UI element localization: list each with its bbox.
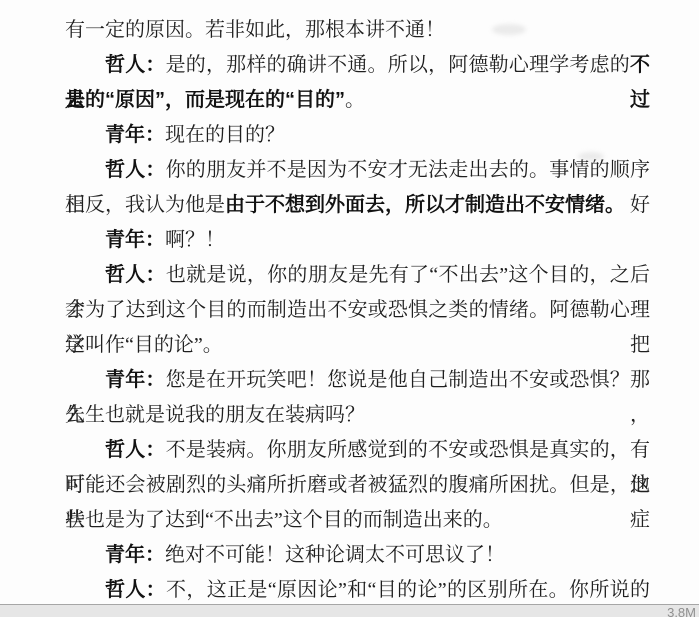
body-text: 。 [345,89,365,111]
emphasis-text: 哲人： [105,264,166,286]
body-text: 绝对不可能！这种论调太不可思议了！ [165,544,505,566]
text-line: 可能还会被剧烈的头痛所折磨或者被猛烈的腹痛所困扰。但是，这些症 [65,468,650,503]
body-text: 相反，我认为他是 [65,194,225,216]
text-line: 哲人：不是装病。你朋友所感觉到的不安或恐惧是真实的，有时他 [65,433,650,468]
body-text: 是的，那样的确讲不通。所以，阿德勒心理学考虑的 [166,54,630,76]
emphasis-text: 哲人： [105,439,166,461]
emphasis-text: 青年： [105,544,165,566]
text-line: 相反，我认为他是由于不想到外面去，所以才制造出不安情绪。 [65,188,650,223]
emphasis-text: 哲人： [105,54,166,76]
text-line: 有一定的原因。若非如此，那根本讲不通！ [65,13,650,48]
text-line: 青年：啊？！ [65,223,650,258]
text-line: 青年：现在的目的？ [65,118,650,153]
emphasis-text: 哲人： [105,579,166,601]
emphasis-text: 青年： [105,229,165,251]
emphasis-text: 青年： [105,124,165,146]
body-text: 状也是为了达到“不出去”这个目的而制造出来的。 [65,509,503,531]
status-bar: 3.8M [0,604,699,617]
text-line: 哲人：不，这正是“原因论”和“目的论”的区别所在。你所说的 [65,573,650,608]
text-line: 哲人：你的朋友并不是因为不安才无法走出去的。事情的顺序正好 [65,153,650,188]
page-text: 有一定的原因。若非如此，那根本讲不通！哲人：是的，那样的确讲不通。所以，阿德勒心… [65,13,650,608]
body-text: 先生也就是说我的朋友在装病吗？ [65,404,365,426]
book-page: 有一定的原因。若非如此，那根本讲不通！哲人：是的，那样的确讲不通。所以，阿德勒心… [0,0,699,617]
emphasis-text: 哲人： [105,159,166,181]
emphasis-text: 由于不想到外面去，所以才制造出不安情绪。 [225,194,625,216]
scan-artifact [492,24,526,35]
emphasis-text: 青年： [105,369,166,391]
body-text: 这叫作“目的论”。 [65,334,223,356]
scan-artifact [578,152,604,161]
file-size-label: 3.8M [667,605,696,617]
body-text: 现在的目的？ [165,124,285,146]
text-line: 会为了达到这个目的而制造出不安或恐惧之类的情绪。阿德勒心理学把 [65,293,650,328]
text-line: 哲人：也就是说，你的朋友是先有了“不出去”这个目的，之后才 [65,258,650,293]
text-line: 哲人：是的，那样的确讲不通。所以，阿德勒心理学考虑的不是过 [65,48,650,83]
text-line: 青年：绝对不可能！这种论调太不可思议了！ [65,538,650,573]
body-text: 啊？！ [165,229,225,251]
emphasis-text: 去的“原因”，而是现在的“目的” [65,89,345,111]
body-text: 有一定的原因。若非如此，那根本讲不通！ [65,19,445,41]
text-line: 青年：您是在开玩笑吧！您说是他自己制造出不安或恐惧？那么， [65,363,650,398]
body-text: 不，这正是“原因论”和“目的论”的区别所在。你所说的 [166,579,650,601]
